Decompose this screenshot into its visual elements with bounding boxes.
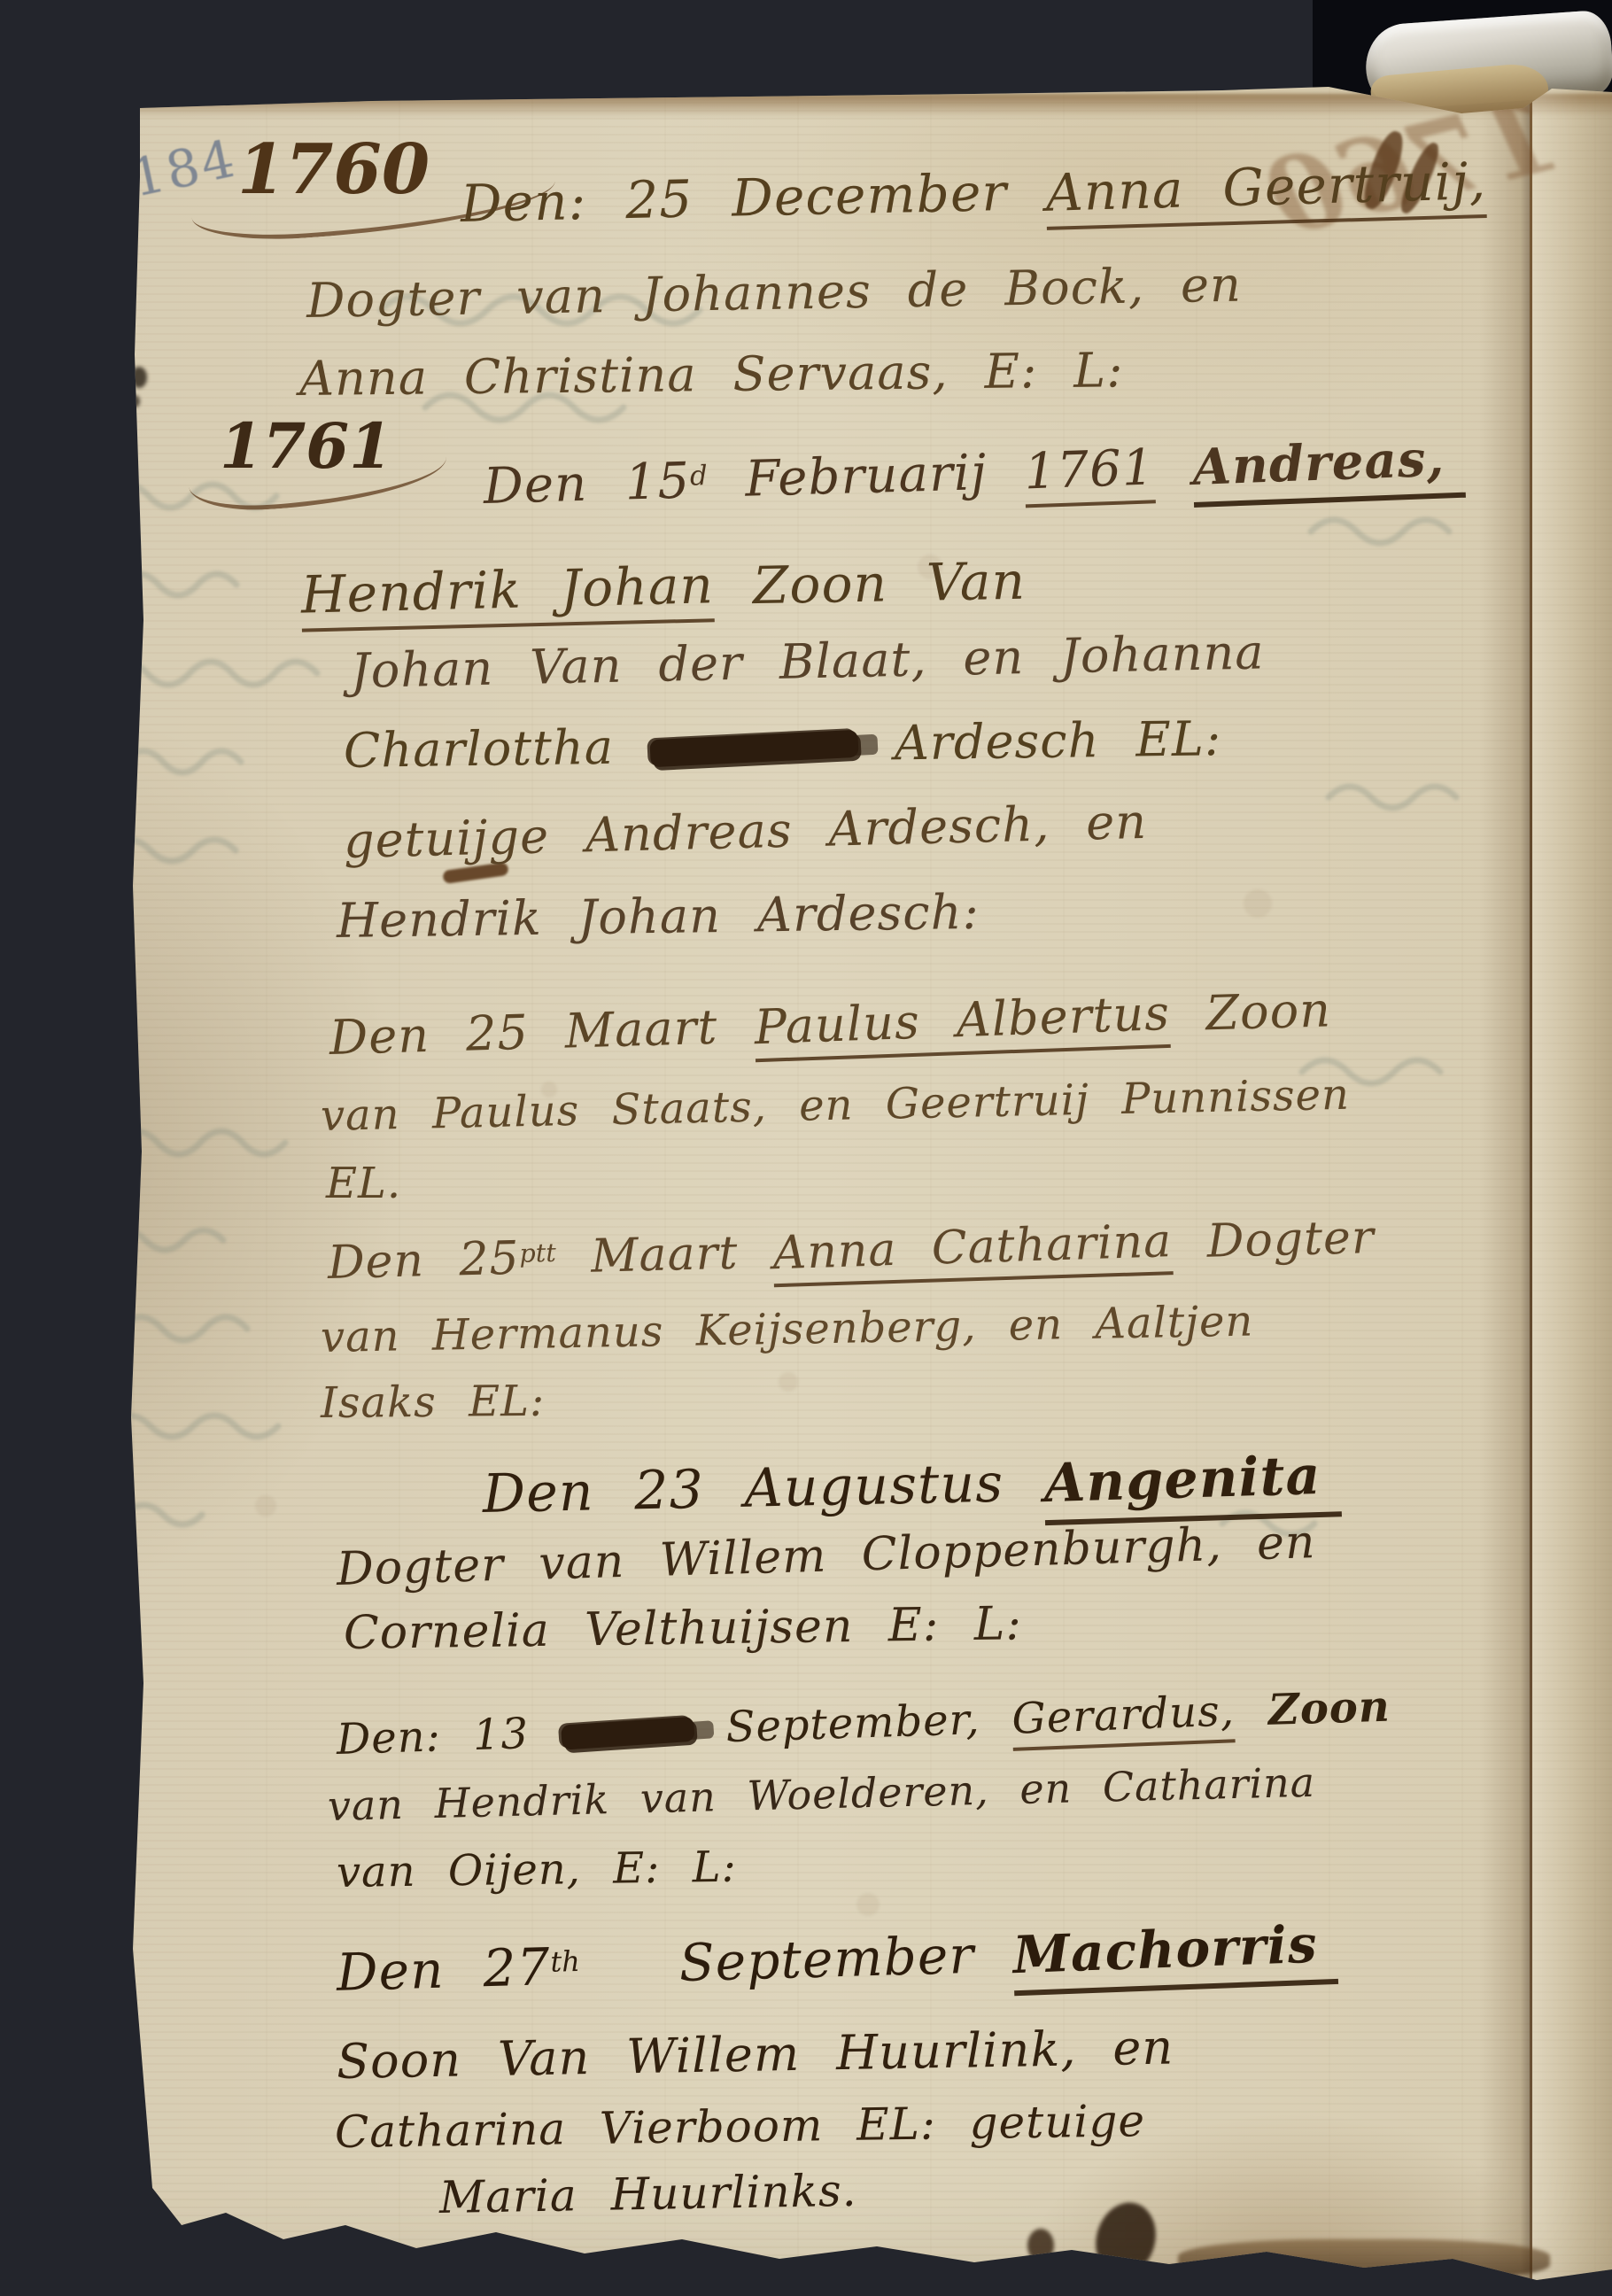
month-text: Februarij xyxy=(707,443,1026,509)
parents-text: van Oijen, E: L: xyxy=(337,1842,737,1897)
date-text: Den 25 Maart xyxy=(329,998,755,1066)
bottom-edge-burn xyxy=(1178,2239,1550,2282)
entry-1-line-3: Anna Christina Servaas, E: L: xyxy=(299,342,1124,407)
edge-spot xyxy=(131,367,147,388)
crossed-out-word xyxy=(649,730,858,768)
year-heading-1761: 1761 xyxy=(220,409,392,483)
date-text: Den 23 Augustus xyxy=(482,1452,1044,1525)
ordinal-superscript: ptt xyxy=(519,1237,556,1268)
ordinal-superscript: d xyxy=(690,460,709,493)
date-text: Den 15 xyxy=(483,452,691,515)
parents-text: Anna Christina Servaas, E: L: xyxy=(299,342,1124,407)
edge-spot xyxy=(129,395,140,407)
entry-3-line-3: EL. xyxy=(326,1159,401,1208)
scanned-register-page: 1760 184 1760 1761 Den: 25 December Anna… xyxy=(0,0,1612,2296)
entry-6-line-3: van Oijen, E: L: xyxy=(337,1842,737,1897)
month-text: September xyxy=(639,1924,1014,1995)
year-heading-1760: 1760 xyxy=(237,129,430,210)
year-underlined: 1761 xyxy=(1024,438,1156,508)
date-text: Den 25 xyxy=(327,1232,520,1290)
child-name-underlined: Paulus Albertus xyxy=(753,985,1171,1062)
paper-page: 1760 184 1760 1761 Den: 25 December Anna… xyxy=(0,0,1612,2296)
entry-2-line-6: Hendrik Johan Ardesch: xyxy=(337,884,980,949)
date-text: Den: 13 xyxy=(336,1708,562,1765)
ink-blot xyxy=(594,1928,637,2006)
child-name-underlined: Gerardus, xyxy=(1011,1686,1236,1751)
ordinal-superscript: th xyxy=(550,1944,580,1979)
date-text: Den: 25 December xyxy=(460,161,1047,234)
crossed-out-word xyxy=(561,1717,695,1750)
entry-7-line-4: Maria Huurlinks. xyxy=(438,2165,856,2223)
witnesses-text: Hendrik Johan Ardesch: xyxy=(337,884,980,949)
entry-2-line-2: Hendrik Johan Zoon Van xyxy=(300,551,1026,631)
burn-stain xyxy=(1027,2229,1054,2262)
child-name-underlined: Anna Catharina xyxy=(772,1214,1174,1287)
child-name-underlined: Andreas, xyxy=(1191,429,1465,508)
entry-4-line-3: Isaks EL: xyxy=(321,1377,546,1428)
child-name-underlined: Angenita xyxy=(1043,1444,1342,1525)
child-name-underlined: Machorris xyxy=(1012,1913,1339,1996)
child-name-underlined: Hendrik Johan xyxy=(300,555,715,632)
witnesses-text: Maria Huurlinks. xyxy=(438,2165,856,2223)
date-text: Den 27 xyxy=(336,1936,552,2003)
child-name-underlined: Anna Geertruij, xyxy=(1045,151,1487,230)
month-text: September, xyxy=(693,1694,1012,1753)
parents-text: Cornelia Velthuijsen E: L: xyxy=(344,1597,1023,1660)
entry-5-line-3: Cornelia Velthuijsen E: L: xyxy=(344,1597,1023,1660)
